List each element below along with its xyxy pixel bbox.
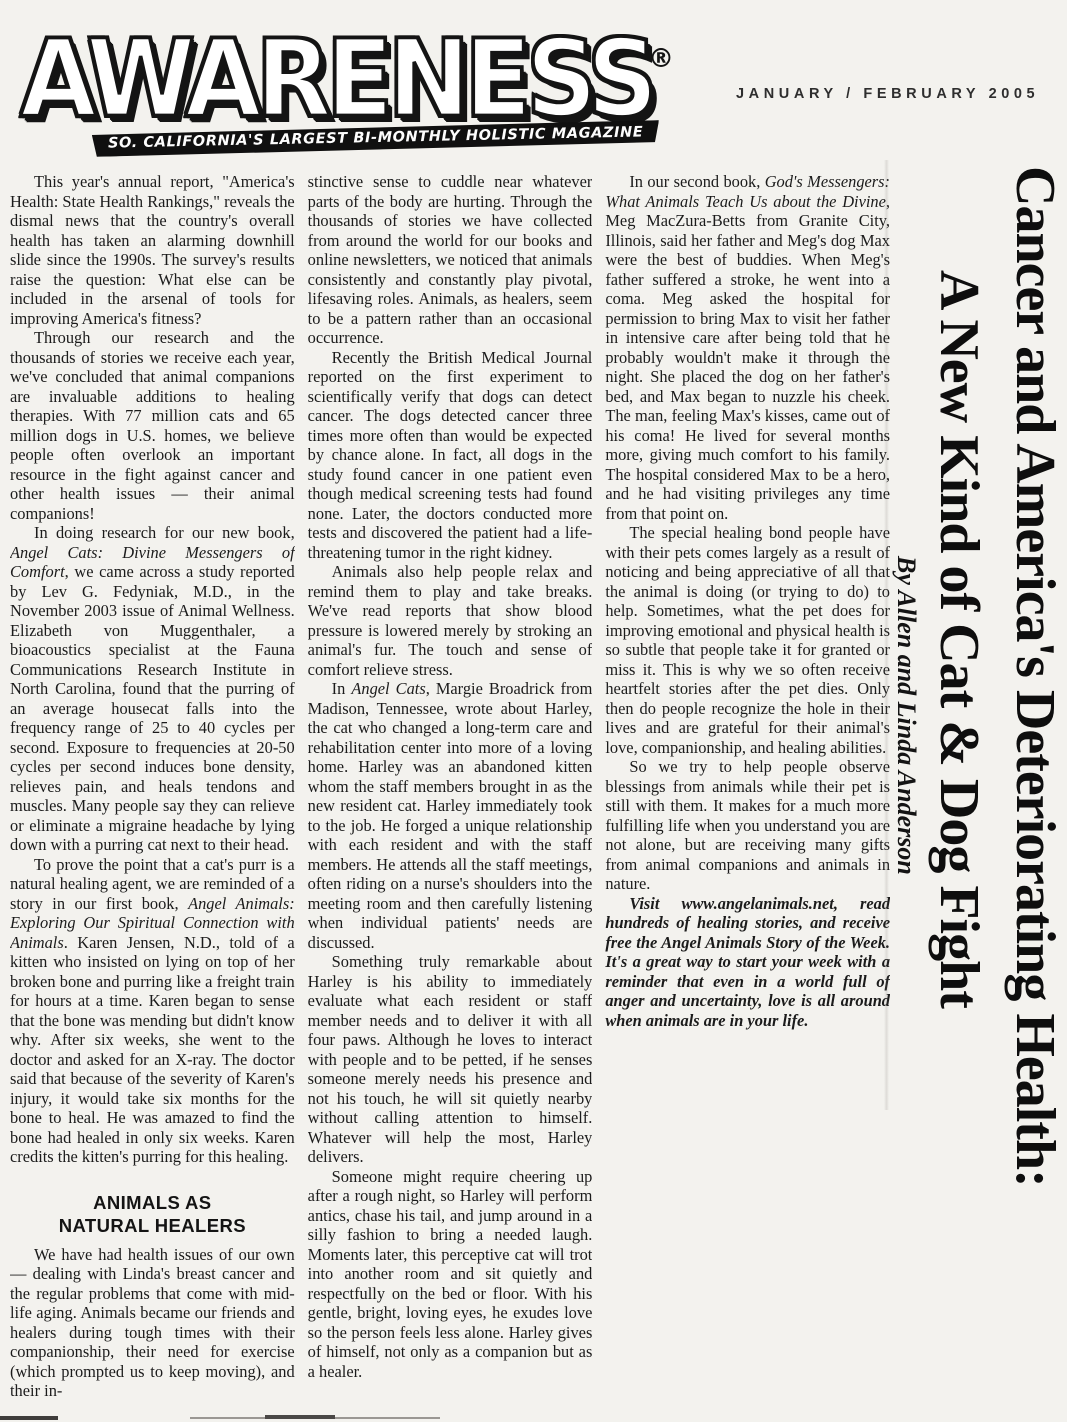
article-column-2: stinctive sense to cuddle near whatever … xyxy=(308,172,593,1422)
magazine-page: AWARENESS ® SO. CALIFORNIA'S LARGEST BI-… xyxy=(0,0,1067,1422)
book-title: Angel Cats xyxy=(351,679,425,698)
paragraph: To prove the point that a cat's purr is … xyxy=(10,855,295,1167)
paragraph: Something truly remarkable about Harley … xyxy=(308,952,593,1167)
book-title: Angel Animals: Exploring Our Spiritual C… xyxy=(10,894,295,952)
magazine-logo: AWARENESS xyxy=(20,26,700,133)
article-title: Cancer and America's Deteriorating Healt… xyxy=(1007,166,1063,1187)
paragraph: This year's annual report, "America's He… xyxy=(10,172,295,328)
article-byline: By Allen and Linda Anderson xyxy=(893,556,919,875)
article-subtitle: A New Kind of Cat & Dog Fight xyxy=(931,270,987,1008)
bottom-rule-dark xyxy=(265,1415,335,1419)
issue-date: JANUARY / FEBRUARY 2005 xyxy=(736,86,1039,102)
paragraph: The special healing bond people have wit… xyxy=(605,523,890,757)
section-heading: ANIMALS ASNATURAL HEALERS xyxy=(10,1191,295,1237)
paragraph: In our second book, God's Messengers: Wh… xyxy=(605,172,890,523)
paragraph: Through our research and the thousands o… xyxy=(10,328,295,523)
paragraph: We have had health issues of our own — d… xyxy=(10,1245,295,1401)
registered-trademark-icon: ® xyxy=(648,44,674,74)
paragraph: In doing research for our new book, Ange… xyxy=(10,523,295,855)
paragraph: In Angel Cats, Margie Broadrick from Mad… xyxy=(308,679,593,952)
paragraph: Animals also help people relax and remin… xyxy=(308,562,593,679)
article-column-3: In our second book, God's Messengers: Wh… xyxy=(605,172,890,1422)
paragraph: Recently the British Medical Journal rep… xyxy=(308,348,593,563)
book-title: Angel Cats: Divine Messengers of Comfort xyxy=(10,543,295,582)
paragraph: So we try to help people observe blessin… xyxy=(605,757,890,894)
article-column-1: This year's annual report, "America's He… xyxy=(10,172,295,1422)
book-title: God's Messengers: What Animals Teach Us … xyxy=(605,172,890,211)
masthead: AWARENESS ® SO. CALIFORNIA'S LARGEST BI-… xyxy=(20,30,700,170)
paragraph: stinctive sense to cuddle near whatever … xyxy=(308,172,593,348)
paragraph: Someone might require cheering up after … xyxy=(308,1167,593,1382)
article-body: This year's annual report, "America's He… xyxy=(10,172,890,1422)
corner-mark xyxy=(0,1416,58,1420)
scan-crease xyxy=(884,160,889,1110)
editorial-note: Visit www.angelanimals.net, read hundred… xyxy=(605,894,890,1031)
